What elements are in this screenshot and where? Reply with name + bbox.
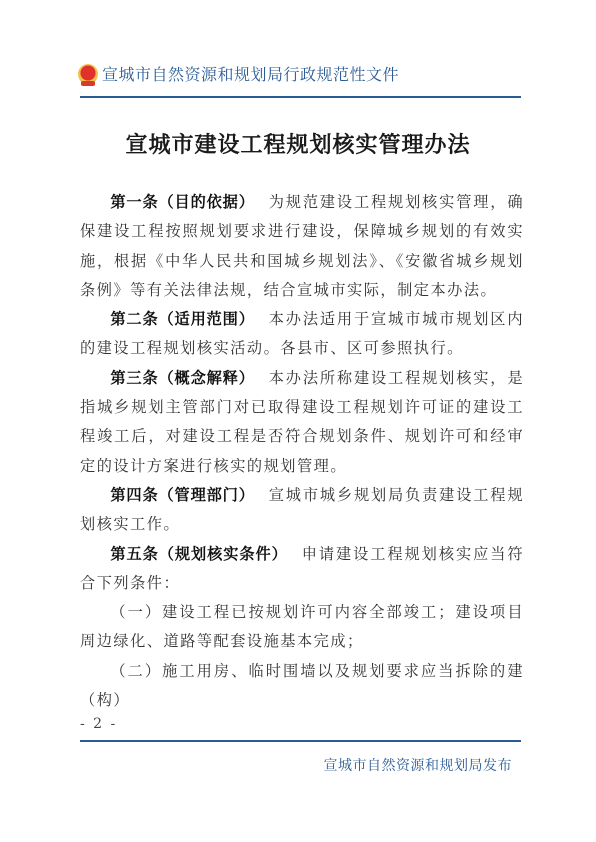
article-heading: 第二条（适用范围） [110, 310, 254, 328]
page-number: - 2 - [80, 716, 117, 732]
paragraph-article-2: 第二条（适用范围）本办法适用于宣城市城市规划区内的建设工程规划核实活动。各县市、… [80, 305, 524, 364]
footer-publisher: 宣城市自然资源和规划局发布 [324, 755, 513, 775]
item-text: （一）建设工程已按规划许可内容全部竣工；建设项目周边绿化、道路等配套设施基本完成… [80, 603, 524, 650]
paragraph-article-4: 第四条（管理部门）宣城市城乡规划局负责建设工程规划核实工作。 [80, 481, 524, 540]
document-header: 宣城市自然资源和规划局行政规范性文件 [78, 62, 399, 85]
article-heading: 第三条（概念解释） [110, 369, 254, 387]
article-heading: 第一条（目的依据） [110, 193, 254, 211]
article-heading: 第五条（规划核实条件） [110, 545, 287, 563]
footer-divider [80, 740, 521, 742]
paragraph-article-3: 第三条（概念解释）本办法所称建设工程规划核实，是指城乡规划主管部门对已取得建设工… [80, 364, 524, 481]
document-title: 宣城市建设工程规划核实管理办法 [0, 128, 596, 159]
document-body: 第一条（目的依据）为规范建设工程规划核实管理，确保建设工程按照规划要求进行建设，… [80, 188, 524, 715]
paragraph-item-1: （一）建设工程已按规划许可内容全部竣工；建设项目周边绿化、道路等配套设施基本完成… [80, 598, 524, 657]
header-title: 宣城市自然资源和规划局行政规范性文件 [102, 62, 399, 85]
paragraph-article-5: 第五条（规划核实条件）申请建设工程规划核实应当符合下列条件： [80, 540, 524, 599]
header-divider [80, 96, 521, 98]
paragraph-item-2: （二）施工用房、临时围墙以及规划要求应当拆除的建（构） [80, 657, 524, 716]
article-heading: 第四条（管理部门） [110, 486, 254, 504]
item-text: （二）施工用房、临时围墙以及规划要求应当拆除的建（构） [80, 662, 524, 709]
paragraph-article-1: 第一条（目的依据）为规范建设工程规划核实管理，确保建设工程按照规划要求进行建设，… [80, 188, 524, 305]
national-emblem-icon [78, 64, 98, 84]
